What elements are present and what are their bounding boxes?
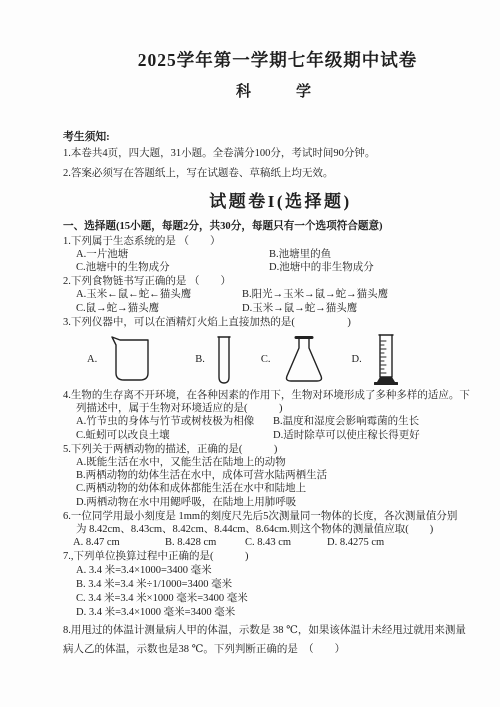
question-stem: 1.下列属于生态系统的是 （ ） [63, 235, 474, 248]
paper1-heading: 试题卷I(选择题) [87, 192, 474, 212]
option-a: A.竹节虫的身体与竹节或树枝极为相像 [76, 415, 273, 428]
option-b: B.温度和湿度会影响霉菌的生长 [273, 415, 474, 428]
option-c: C.鼠→蛇→猫头鹰 [76, 302, 242, 315]
exam-page: 2025学年第一学期七年级期中试卷 科 学 考生须知: 1.本卷共4页，四大题，… [0, 0, 500, 707]
option-d: D.池塘中的非生物成分 [269, 261, 474, 274]
question-3: 3.下列仪器中，可以在酒精灯火焰上直接加热的是( ) A. B. [63, 316, 474, 388]
question-stem-line2: 列描述中，属于生物对环境适应的是( ) [76, 402, 474, 415]
option-b: B. 3.4 米=3.4 米÷1/1000=3400 毫米 [76, 578, 474, 592]
option-c: C. 3.4 米=3.4 米×1000 毫米=3400 毫米 [76, 592, 474, 606]
figure-label-a: A. [87, 353, 97, 366]
question-stem-line2: 为 8.42cm、8.43cm、8.42cm、8.44cm、8.64cm.则这个… [76, 523, 474, 536]
conical-flask-icon [283, 335, 325, 385]
question-2: 2.下列食物链书写正确的是 （ ） A.玉米←鼠←蛇←猫头鹰 B.阳光→玉米→鼠… [63, 275, 474, 315]
figure-option-d: D. [352, 333, 398, 387]
question-4: 4.生物的生存离不开环境，在各种因素的作用下，生物对环境形成了多种多样的适应。下… [63, 389, 474, 442]
option-d: D.玉米→鼠→蛇→猫头鹰 [242, 302, 474, 315]
question-stem: 2.下列食物链书写正确的是 （ ） [63, 275, 474, 288]
question-stem-line2: 病人乙的体温，示数也是38 ℃。下列判断正确的是 （ ） [63, 640, 474, 659]
question-6: 6.一位同学用最小刻度是 1mm的刻度尺先后5次测量同一物体的长度，各次测量值分… [63, 510, 474, 550]
option-c: C.池塘中的生物成分 [76, 261, 269, 274]
question-1: 1.下列属于生态系统的是 （ ） A.一片池塘 B.池塘里的鱼 C.池塘中的生物… [63, 235, 474, 275]
question-options: A. 3.4 米=3.4×1000=3400 毫米 B. 3.4 米=3.4 米… [76, 564, 474, 620]
question-stem: 5.下列关于两栖动物的描述，正确的是( ) [63, 443, 474, 456]
instrument-figures: A. B. C. [87, 332, 474, 388]
option-a: A. 3.4 米=3.4×1000=3400 毫米 [76, 564, 474, 578]
question-options: A.玉米←鼠←蛇←猫头鹰 B.阳光→玉米→鼠→蛇→猫头鹰 C.鼠→蛇→猫头鹰 D… [76, 288, 474, 314]
option-d: D.适时除草可以使庄稼长得更好 [273, 429, 474, 442]
question-7: 7.,下列单位换算过程中正确的是( ) A. 3.4 米=3.4×1000=34… [63, 550, 474, 619]
question-options: A.一片池塘 B.池塘里的鱼 C.池塘中的生物成分 D.池塘中的非生物成分 [76, 248, 474, 274]
question-5: 5.下列关于两栖动物的描述，正确的是( ) A.既能生活在水中，又能生活在陆地上… [63, 443, 474, 509]
question-options: A.既能生活在水中，又能生活在陆地上的动物 B.两栖动物的幼体生活在水中，成体可… [76, 456, 474, 509]
figure-option-c: C. [261, 335, 325, 385]
notice-item-1: 1.本卷共4页，四大题，31小题。全卷满分100分，考试时间90分钟。 [63, 144, 474, 164]
option-b: B.池塘里的鱼 [269, 248, 474, 261]
option-c: C. 8.43 cm [245, 536, 327, 549]
option-a: A.玉米←鼠←蛇←猫头鹰 [76, 288, 242, 301]
figure-label-d: D. [352, 353, 362, 366]
beaker-icon [109, 336, 155, 384]
option-b: B.两栖动物的幼体生活在水中，成体可营水陆两栖生活 [76, 469, 474, 482]
figure-label-b: B. [195, 353, 205, 366]
option-b: B. 8.428 cm [165, 536, 245, 549]
figure-label-c: C. [261, 353, 271, 366]
exam-title: 2025学年第一学期七年级期中试卷 [81, 50, 474, 70]
question-8: 8.用甩过的体温计测量病人甲的体温，示数是 38 ℃，如果该体温计未经甩过就用来… [63, 621, 474, 659]
option-a: A. 8.47 cm [73, 536, 165, 549]
test-tube-icon [217, 335, 231, 385]
option-d: D.两栖动物在水中用鳃呼吸，在陆地上用肺呼吸 [76, 496, 474, 509]
option-a: A.既能生活在水中，又能生活在陆地上的动物 [76, 456, 474, 469]
question-stem: 3.下列仪器中，可以在酒精灯火焰上直接加热的是( ) [63, 316, 474, 329]
option-d: D. 8.4275 cm [327, 536, 474, 549]
option-a: A.一片池塘 [76, 248, 269, 261]
option-d: D. 3.4 米=3.4×1000 毫米=3400 毫米 [76, 606, 474, 620]
question-stem-line1: 4.生物的生存离不开环境，在各种因素的作用下，生物对环境形成了多种多样的适应。下 [63, 389, 474, 402]
notice-heading: 考生须知: [63, 130, 474, 144]
question-options: A. 8.47 cm B. 8.428 cm C. 8.43 cm D. 8.4… [73, 536, 474, 549]
option-c: C.蚯蚓可以改良土壤 [76, 429, 273, 442]
question-options: A.竹节虫的身体与竹节或树枝极为相像 B.温度和湿度会影响霉菌的生长 C.蚯蚓可… [76, 415, 474, 441]
question-stem: 7.,下列单位换算过程中正确的是( ) [63, 550, 474, 563]
section-heading: 一、选择题(15小题，每题2分，共30分，每题只有一个选项符合题意) [63, 220, 474, 234]
option-c: C.两栖动物的幼体和成体都能生活在水中和陆地上 [76, 482, 474, 495]
notice-item-2: 2.答案必须写在答题纸上，写在试题卷、草稿纸上均无效。 [63, 164, 474, 184]
exam-subject: 科 学 [73, 84, 474, 101]
question-stem-line1: 6.一位同学用最小刻度是 1mm的刻度尺先后5次测量同一物体的长度，各次测量值分… [63, 510, 474, 523]
figure-option-a: A. [87, 336, 155, 384]
graduated-cylinder-icon [374, 333, 398, 387]
figure-option-b: B. [195, 335, 231, 385]
question-stem-line1: 8.用甩过的体温计测量病人甲的体温，示数是 38 ℃，如果该体温计未经甩过就用来… [63, 621, 474, 640]
notice-block: 考生须知: 1.本卷共4页，四大题，31小题。全卷满分100分，考试时间90分钟… [63, 130, 474, 183]
option-b: B.阳光→玉米→鼠→蛇→猫头鹰 [242, 288, 474, 301]
